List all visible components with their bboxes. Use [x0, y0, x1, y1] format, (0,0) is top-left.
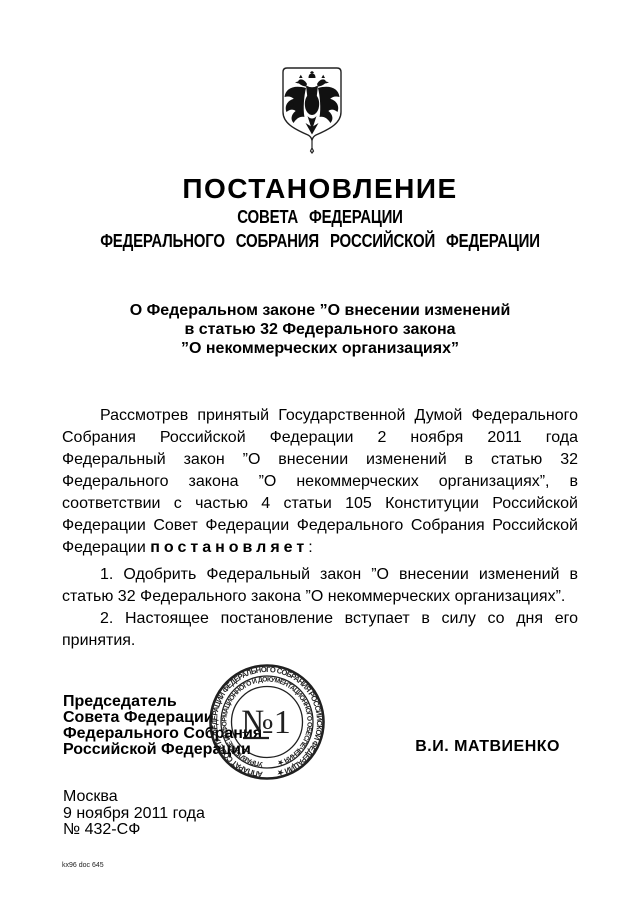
signature-name: В.И. МАТВИЕНКО [415, 738, 560, 756]
doc-number-line: № 432-СФ [63, 822, 205, 839]
body-line: Собрания Российской Федерации 2 ноября 2… [62, 427, 578, 449]
subject-line: ”О некоммерческих организациях” [62, 339, 578, 358]
place-line: Москва [63, 789, 205, 806]
subject-line: в статью 32 Федерального закона [62, 320, 578, 339]
document-page: ПОСТАНОВЛЕНИЕ СОВЕТА ФЕДЕРАЦИИ ФЕДЕРАЛЬН… [0, 0, 640, 905]
stamp-number: №1 [241, 704, 290, 741]
body-line: соответствии с частью 4 статьи 105 Конст… [62, 493, 578, 515]
place-date-block: Москва 9 ноября 2011 года № 432-СФ [63, 789, 205, 839]
body-line: Федеральный закон ”О внесении изменений … [62, 449, 578, 471]
body-line: Рассмотрев принятый Государственной Думо… [62, 405, 578, 427]
subject-line: О Федеральном законе ”О внесении изменен… [62, 301, 578, 320]
body-line: Федерального закона ”О некоммерческих ор… [62, 471, 578, 493]
resolution-items: 1. Одобрить Федеральный закон ”О внесени… [62, 564, 578, 652]
item-1-line: 1. Одобрить Федеральный закон ”О внесени… [62, 564, 578, 586]
footer-note: kx96 doc 645 [62, 862, 104, 869]
item-2-line: 2. Настоящее постановление вступает в си… [62, 608, 578, 630]
body-line: Федерации Совет Федерации Федерального С… [62, 515, 578, 537]
subject-heading: О Федеральном законе ”О внесении изменен… [62, 301, 578, 358]
official-stamp: АППАРАТ СОВЕТА ФЕДЕРАЦИИ ФЕДЕРАЛЬНОГО СО… [207, 662, 327, 782]
date-line: 9 ноября 2011 года [63, 806, 205, 823]
resolves-prefix: Федерации [62, 539, 150, 556]
resolves-word: постановляет [150, 539, 308, 556]
resolves-colon: : [308, 539, 312, 556]
doc-title: ПОСТАНОВЛЕНИЕ [0, 173, 640, 205]
item-2-line: принятия. [62, 630, 578, 652]
coat-of-arms-icon [279, 66, 345, 154]
body-line-resolves: Федерации постановляет: [62, 537, 578, 559]
doc-subtitle-assembly: ФЕДЕРАЛЬНОГО СОБРАНИЯ РОССИЙСКОЙ ФЕДЕРАЦ… [0, 231, 640, 252]
body-text: Рассмотрев принятый Государственной Думо… [62, 405, 578, 652]
item-1-line: статью 32 Федерального закона ”О некомме… [62, 586, 578, 608]
doc-subtitle-council: СОВЕТА ФЕДЕРАЦИИ [0, 207, 640, 228]
